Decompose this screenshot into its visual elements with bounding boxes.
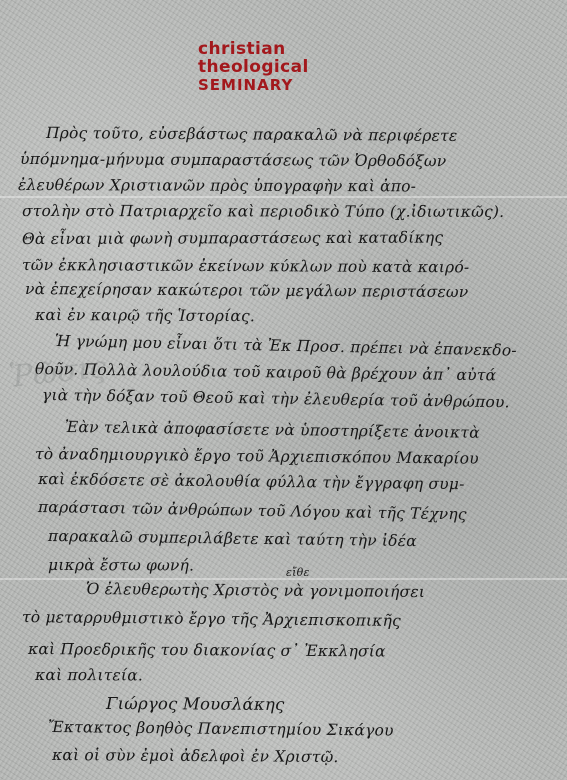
body-line: Πρὸς τοῦτο, εὐσεβάστως παρακαλῶ νὰ περιφ… (46, 124, 458, 145)
body-line: ὑπόμνημα-μήνυμα συμπαραστάσεως τῶν Ὀρθοδ… (20, 150, 446, 170)
body-line: καὶ Προεδρικῆς του διακονίας σ᾽ Ἐκκλησία (28, 640, 386, 660)
letter-page: Christian Theological Seminary Ῥῶσις Πρὸ… (0, 0, 567, 780)
body-line: παράστασι τῶν ἀνθρώπων τοῦ Λόγου καὶ τῆς… (38, 498, 467, 523)
body-line: Ὁ ἐλευθερωτὴς Χριστὸς νὰ γονιμοποιήσει (86, 580, 425, 601)
body-line: τῶν ἐκκλησιαστικῶν ἐκείνων κύκλων ποὺ κα… (22, 256, 469, 276)
body-line: μικρὰ ἔστω φωνή. (48, 556, 194, 575)
signature-closing: καὶ οἱ σὺν ἐμοὶ ἀδελφοὶ ἐν Χριστῷ. (52, 746, 339, 766)
letterhead-logo: Christian Theological Seminary (198, 40, 328, 94)
body-line: ἐλευθέρων Χριστιανῶν πρὸς ὑπογραφὴν καὶ … (18, 176, 416, 195)
body-line: νὰ ἐπεχείρησαν κακώτεροι τῶν μεγάλων περ… (25, 280, 468, 301)
body-line: τὸ μεταρρυθμιστικὸ ἔργο τῆς Ἀρχιεπισκοπι… (22, 608, 401, 630)
body-line: στολὴν στὸ Πατριαρχεῖο καὶ περιοδικὸ Τύπ… (22, 202, 504, 221)
body-line: Θὰ εἶναι μιὰ φωνὴ συμπαραστάσεως καὶ κατ… (22, 229, 443, 248)
body-line: τὸ ἀναδημιουργικὸ ἔργο τοῦ Ἀρχιεπισκόπου… (35, 445, 479, 468)
paper-fold-line (0, 196, 567, 198)
paper-fold-line (0, 578, 567, 580)
body-line: καὶ πολιτεία. (35, 666, 143, 684)
signature-title: Ἔκτακτος βοηθὸς Πανεπιστημίου Σικάγου (48, 718, 394, 740)
letterhead-line-2: Theological (198, 58, 328, 76)
body-line: Ἐὰν τελικὰ ἀποφασίσετε νὰ ὑποστηρίξετε ἀ… (65, 418, 480, 442)
body-line: παρακαλῶ συμπεριλάβετε καὶ ταύτη τὴν ἰδέ… (48, 527, 417, 550)
body-line: καὶ ἐκδόσετε σὲ ἀκολουθία φύλλα τὴν ἔγγρ… (38, 470, 465, 493)
body-line: καὶ ἐν καιρῷ τῆς Ἱστορίας. (35, 306, 255, 325)
letterhead-line-3: Seminary (198, 76, 328, 94)
signature-name: Γιώργος Μουσλάκης (106, 694, 285, 714)
letterhead-line-1: Christian (198, 40, 328, 58)
inserted-word: εἴθε (286, 566, 310, 579)
